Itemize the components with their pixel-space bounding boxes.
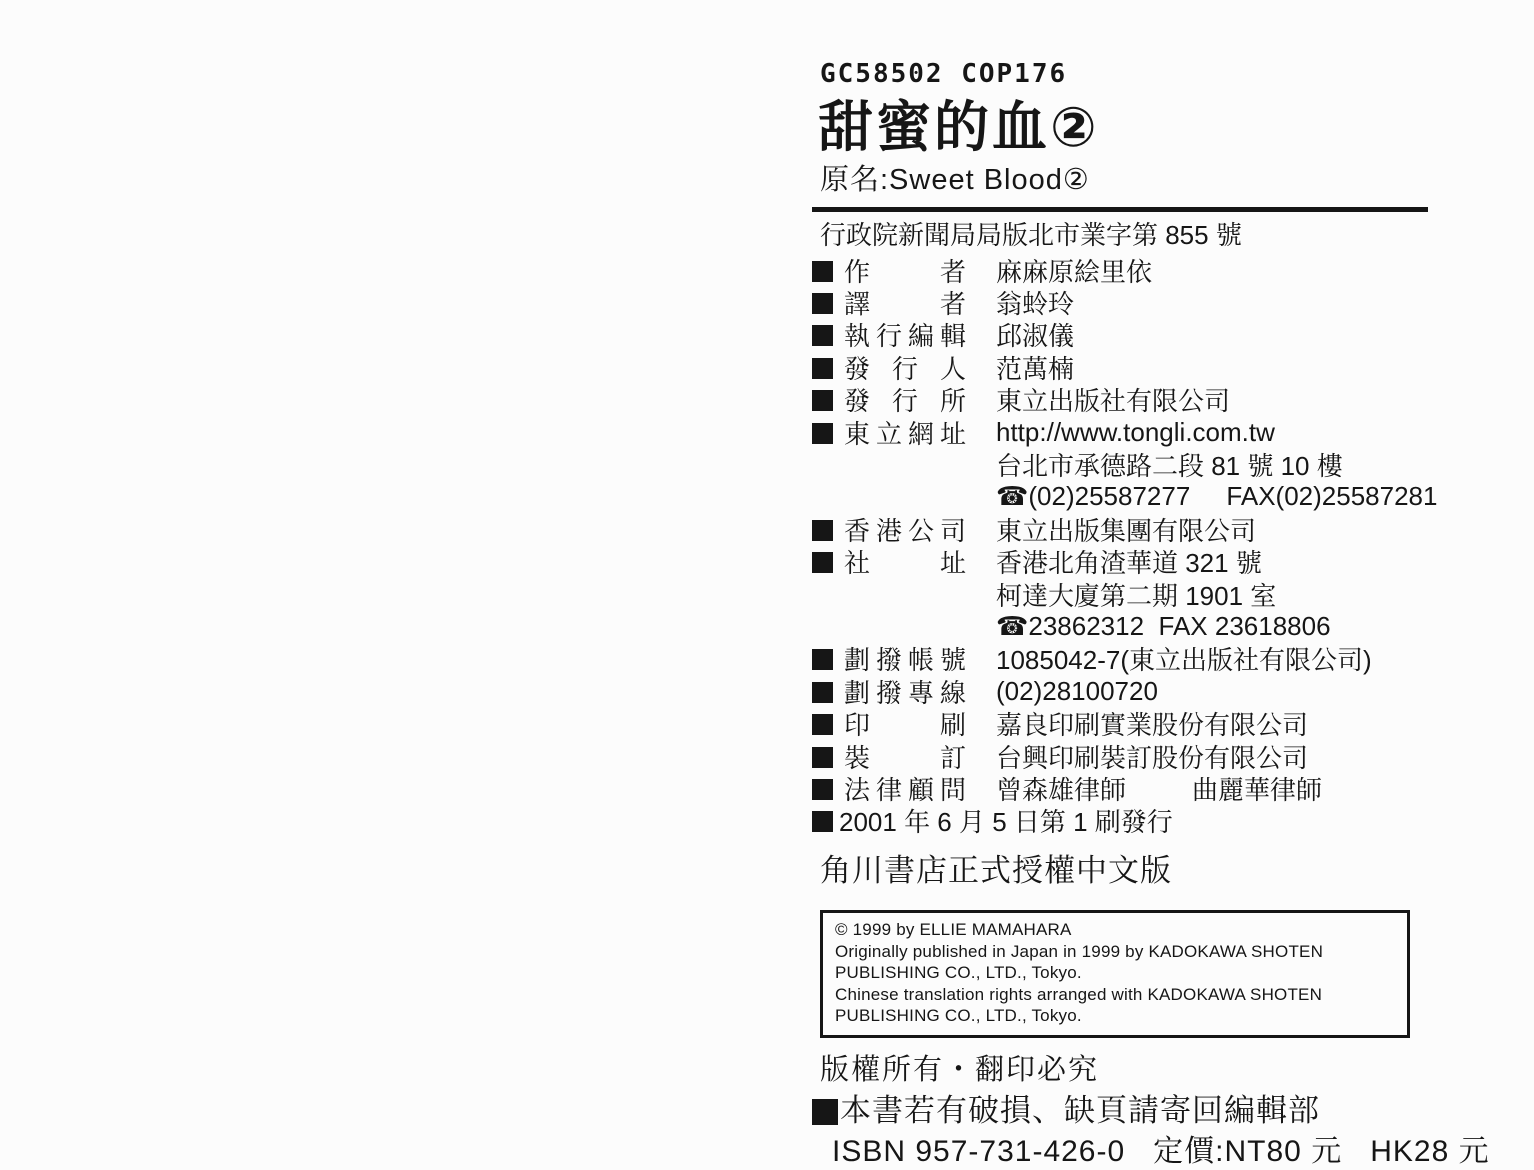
copyright-box: © 1999 by ELLIE MAMAHARA Originally publ… [820,910,1410,1038]
colophon-page: GC58502 COP176 甜蜜的血② 原名:Sweet Blood② 行政院… [0,0,1534,1170]
publication-info-row: ☎(02)25587277 FAX(02)25587281 [812,481,1428,513]
copyright-line-1: © 1999 by ELLIE MAMAHARA [835,919,1397,941]
publication-info-row: 劃撥專線 (02)28100720 [812,675,1428,707]
info-row-value: 2001 年 6 月 5 日第 1 刷發行 [839,802,1173,839]
copyright-line-3: Chinese translation rights arranged with… [835,984,1397,1027]
kadokawa-authorization: 角川書店正式授權中文版 [820,853,1428,889]
info-row-value: 柯達大廈第二期 1901 室 [996,576,1276,613]
bullet-square-icon [812,520,833,541]
publication-info-row: 執行編輯 邱淑儀 [812,319,1428,351]
bullet-square-icon [812,779,833,800]
info-row-value: 東立出版社有限公司 [996,381,1230,418]
damage-return-notice: 本書若有破損、缺頁請寄回編輯部 [812,1094,1428,1128]
bullet-square-icon [812,1099,838,1125]
bullet-square-icon [812,714,833,735]
publication-info-row: 香港公司 東立出版集團有限公司 [812,513,1428,545]
info-row-label: 東立網址 [844,414,966,451]
info-row-value-secondary: 曲麗華律師 [1192,770,1322,807]
info-row-value: ☎(02)25587277 FAX(02)25587281 [996,481,1437,512]
publication-info-row: 譯 者 翁蛉玲 [812,286,1428,318]
original-title: 原名:Sweet Blood② [820,164,1428,197]
colophon-content: GC58502 COP176 甜蜜的血② 原名:Sweet Blood② 行政院… [812,58,1428,1168]
bullet-square-icon [812,649,833,670]
bullet-square-icon [812,261,833,282]
publication-info-row: 社 址 香港北角渣華道 321 號 [812,546,1428,578]
bullet-square-icon [812,293,833,314]
catalog-code: GC58502 COP176 [820,58,1428,90]
publication-info-row: 2001 年 6 月 5 日第 1 刷發行 [812,805,1428,837]
info-row-value: 1085042-7(東立出版社有限公司) [996,640,1372,677]
publication-info-row: 印 刷 嘉良印刷實業股份有限公司 [812,707,1428,739]
bullet-square-icon [812,325,833,346]
publication-info-list: 作 者 麻麻原絵里依 譯 者 翁蛉玲 執行編輯 邱淑儀 發 行 人 范萬楠 發 … [812,254,1428,837]
rights-reserved-notice: 版權所有・翻印必究 [820,1055,1428,1085]
publication-info-row: 台北市承德路二段 81 號 10 樓 [812,448,1428,480]
publication-info-row: 發 行 人 范萬楠 [812,351,1428,383]
info-row-value: 台北市承德路二段 81 號 10 樓 [996,446,1343,483]
bullet-square-icon [812,358,833,379]
info-row-label: 社 址 [844,543,966,580]
damage-return-text: 本書若有破損、缺頁請寄回編輯部 [840,1094,1320,1128]
bullet-square-icon [812,390,833,411]
publication-info-row: 裝 訂 台興印刷裝訂股份有限公司 [812,740,1428,772]
publication-info-row: ☎23862312 FAX 23618806 [812,610,1428,642]
publication-info-row: 東立網址 http://www.tongli.com.tw [812,416,1428,448]
publication-license: 行政院新聞局局版北市業字第 855 號 [820,220,1428,251]
publication-info-row: 柯達大廈第二期 1901 室 [812,578,1428,610]
divider-rule [812,207,1428,212]
bullet-square-icon [812,811,833,832]
book-title: 甜蜜的血② [818,96,1428,158]
copyright-line-2: Originally published in Japan in 1999 by… [835,941,1397,984]
publication-info-row: 作 者 麻麻原絵里依 [812,254,1428,286]
publication-info-row: 劃撥帳號 1085042-7(東立出版社有限公司) [812,643,1428,675]
publication-info-row: 法律顧問 曾森雄律師 曲麗華律師 [812,772,1428,804]
isbn-price-line: ISBN 957-731-426-0 定價:NT80 元 HK28 元 [832,1136,1428,1168]
bullet-square-icon [812,682,833,703]
info-row-value: ☎23862312 FAX 23618806 [996,611,1331,642]
bullet-square-icon [812,747,833,768]
publication-info-row: 發 行 所 東立出版社有限公司 [812,384,1428,416]
bullet-square-icon [812,552,833,573]
info-row-value: http://www.tongli.com.tw [996,417,1275,448]
bullet-square-icon [812,423,833,444]
info-row-value: (02)28100720 [996,676,1158,707]
